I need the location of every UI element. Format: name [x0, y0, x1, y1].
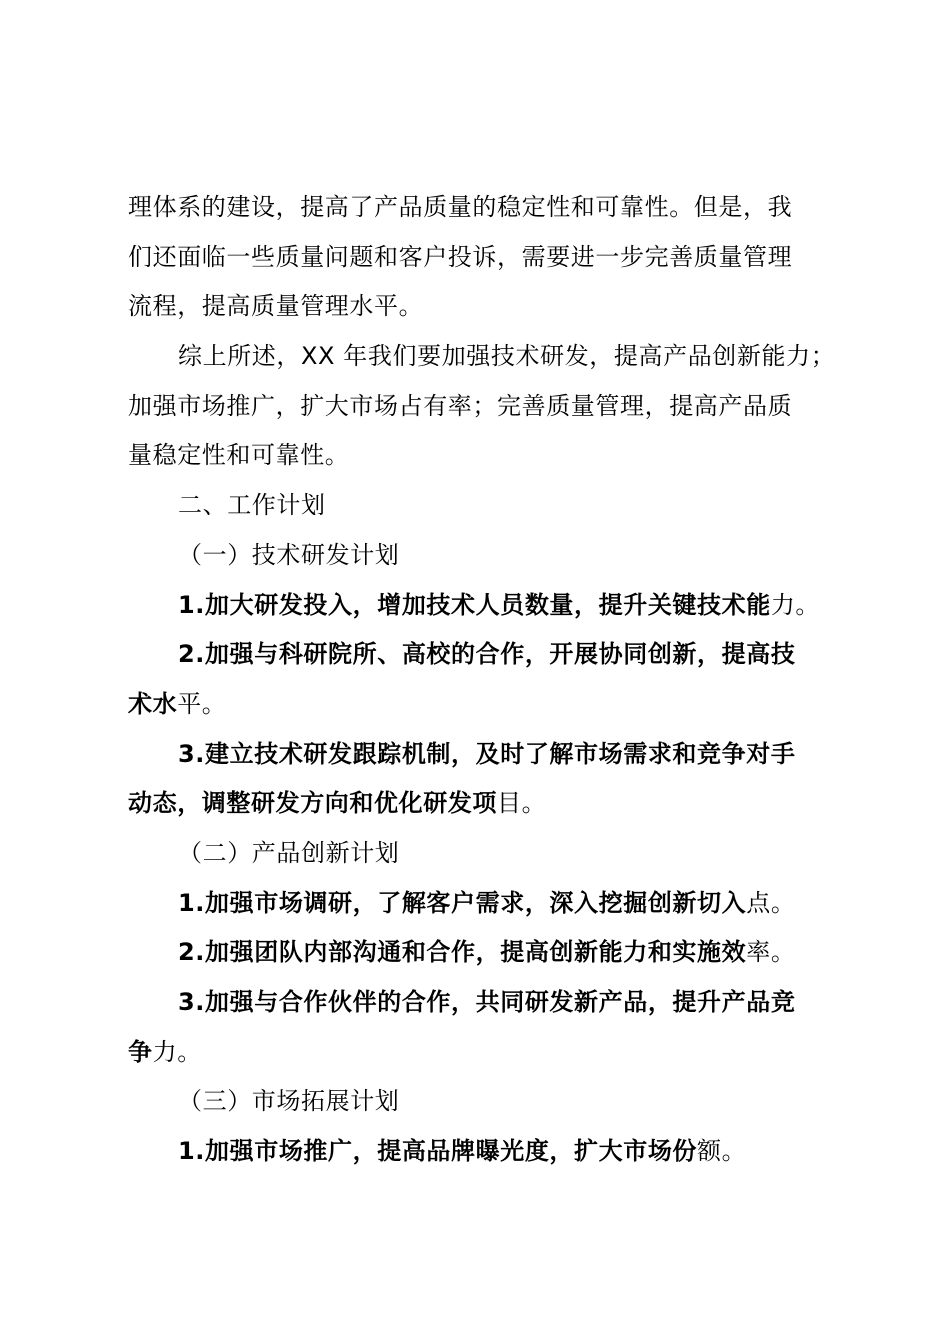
subsection-heading-market-expansion: （三）市场拓展计划: [128, 1077, 838, 1127]
regular-text: 目。: [497, 789, 546, 817]
text-line: 1.加强市场推广，提高品牌曝光度，扩大市场份额。: [128, 1127, 838, 1177]
text-line: 1.加强市场调研，了解客户需求，深入挖掘创新切入点。: [128, 879, 838, 929]
bold-text: 动态，调整研发方向和优化研发项: [128, 789, 497, 817]
text-line: 2.加强团队内部沟通和合作，提高创新能力和实施效率。: [128, 928, 838, 978]
list-item: 1.加大研发投入，增加技术人员数量，提升关键技术能力。: [128, 581, 838, 631]
bold-text: 1.加强市场推广，提高品牌曝光度，扩大市场份: [178, 1137, 697, 1165]
list-item: 3.加强与合作伙伴的合作，共同研发新产品，提升产品竞 争力。: [128, 978, 838, 1077]
text-line: 量稳定性和可靠性。: [128, 431, 838, 481]
regular-text: 率。: [746, 938, 795, 966]
text-line: 2.加强与科研院所、高校的合作，开展协同创新，提高技: [128, 630, 838, 680]
text-line: 1.加大研发投入，增加技术人员数量，提升关键技术能力。: [128, 581, 838, 631]
text-line: 3.建立技术研发跟踪机制，及时了解市场需求和竞争对手: [128, 730, 838, 780]
subsection-heading-tech-rd: （一）技术研发计划: [128, 531, 838, 581]
bold-text: 1.加大研发投入，增加技术人员数量，提升关键技术能: [178, 591, 771, 619]
bold-text: 1.加强市场调研，了解客户需求，深入挖掘创新切入: [178, 889, 746, 917]
text-line: 综上所述，XX 年我们要加强技术研发，提高产品创新能力；: [128, 332, 838, 382]
text-line: 争力。: [128, 1028, 838, 1078]
bold-text: 2.加强团队内部沟通和合作，提高创新能力和实施效: [178, 938, 746, 966]
text-line: 3.加强与合作伙伴的合作，共同研发新产品，提升产品竞: [128, 978, 838, 1028]
section-heading-work-plan: 二、工作计划: [128, 481, 838, 531]
list-item: 1.加强市场推广，提高品牌曝光度，扩大市场份额。: [128, 1127, 838, 1177]
text-line: 们还面临一些质量问题和客户投诉，需要进一步完善质量管理: [128, 233, 838, 283]
list-item: 2.加强团队内部沟通和合作，提高创新能力和实施效率。: [128, 928, 838, 978]
bold-text: 争: [128, 1038, 153, 1066]
text-line: 理体系的建设，提高了产品质量的稳定性和可靠性。但是，我: [128, 183, 838, 233]
regular-text: 额。: [697, 1137, 746, 1165]
bold-text: 术水: [128, 690, 177, 718]
subsection-heading-product-innovation: （二）产品创新计划: [128, 829, 838, 879]
text-line: 加强市场推广，扩大市场占有率；完善质量管理，提高产品质: [128, 382, 838, 432]
text-line: 动态，调整研发方向和优化研发项目。: [128, 779, 838, 829]
document-page: 理体系的建设，提高了产品质量的稳定性和可靠性。但是，我 们还面临一些质量问题和客…: [128, 183, 838, 1177]
text-line: 流程，提高质量管理水平。: [128, 282, 838, 332]
list-item: 3.建立技术研发跟踪机制，及时了解市场需求和竞争对手 动态，调整研发方向和优化研…: [128, 730, 838, 829]
list-item: 2.加强与科研院所、高校的合作，开展协同创新，提高技 术水平。: [128, 630, 838, 729]
paragraph-quality-summary: 理体系的建设，提高了产品质量的稳定性和可靠性。但是，我 们还面临一些质量问题和客…: [128, 183, 838, 332]
regular-text: 平。: [177, 690, 226, 718]
regular-text: 点。: [746, 889, 795, 917]
paragraph-conclusion: 综上所述，XX 年我们要加强技术研发，提高产品创新能力； 加强市场推广，扩大市场…: [128, 332, 838, 481]
list-item: 1.加强市场调研，了解客户需求，深入挖掘创新切入点。: [128, 879, 838, 929]
regular-text: 力。: [771, 591, 820, 619]
text-line: 术水平。: [128, 680, 838, 730]
regular-text: 力。: [153, 1038, 202, 1066]
